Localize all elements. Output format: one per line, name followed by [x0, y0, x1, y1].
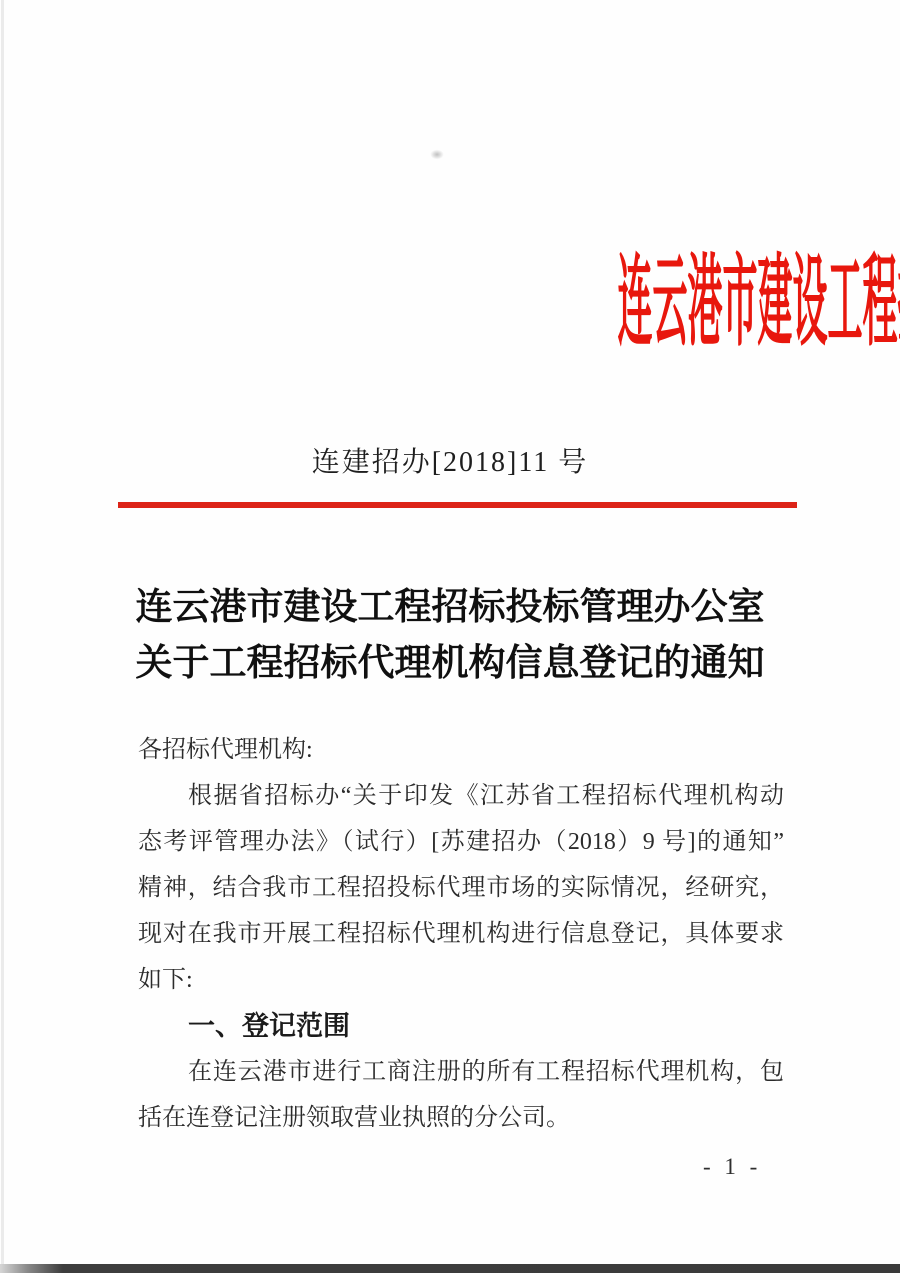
salutation-line: 各招标代理机构:	[138, 727, 784, 773]
body-line: 如下:	[138, 957, 784, 1003]
body-line: 态考评管理办法》（试行）[苏建招办（2018）9 号]的通知”	[138, 819, 784, 865]
document-title-line2: 关于工程招标代理机构信息登记的通知	[0, 636, 900, 692]
letterhead: 连云港市建设工程招标投标管理办公室文件	[0, 246, 900, 360]
body-line: 括在连登记注册领取营业执照的分公司。	[138, 1095, 784, 1141]
scan-smudge	[428, 148, 446, 161]
body-line: 精神，结合我市工程招投标代理市场的实际情况，经研究，	[138, 865, 784, 911]
document-title-line1: 连云港市建设工程招标投标管理办公室	[0, 580, 900, 636]
page-number: - 1 -	[703, 1150, 761, 1184]
document-page: 连云港市建设工程招标投标管理办公室文件 连建招办[2018]11 号 连云港市建…	[0, 0, 900, 1273]
scan-edge-bottom	[0, 1264, 900, 1273]
document-title: 连云港市建设工程招标投标管理办公室 关于工程招标代理机构信息登记的通知	[0, 580, 900, 692]
section-heading: 一、登记范围	[138, 1003, 784, 1049]
body-line: 现对在我市开展工程招标代理机构进行信息登记，具体要求	[138, 911, 784, 957]
red-divider	[118, 502, 797, 508]
body-line: 根据省招标办“关于印发《江苏省工程招标代理机构动	[138, 773, 784, 819]
document-body: 各招标代理机构: 根据省招标办“关于印发《江苏省工程招标代理机构动 态考评管理办…	[138, 727, 784, 1141]
doc-number: 连建招办[2018]11 号	[0, 444, 900, 482]
letterhead-text: 连云港市建设工程招标投标管理办公室文件	[618, 246, 900, 360]
body-line: 在连云港市进行工商注册的所有工程招标代理机构，包	[138, 1049, 784, 1095]
